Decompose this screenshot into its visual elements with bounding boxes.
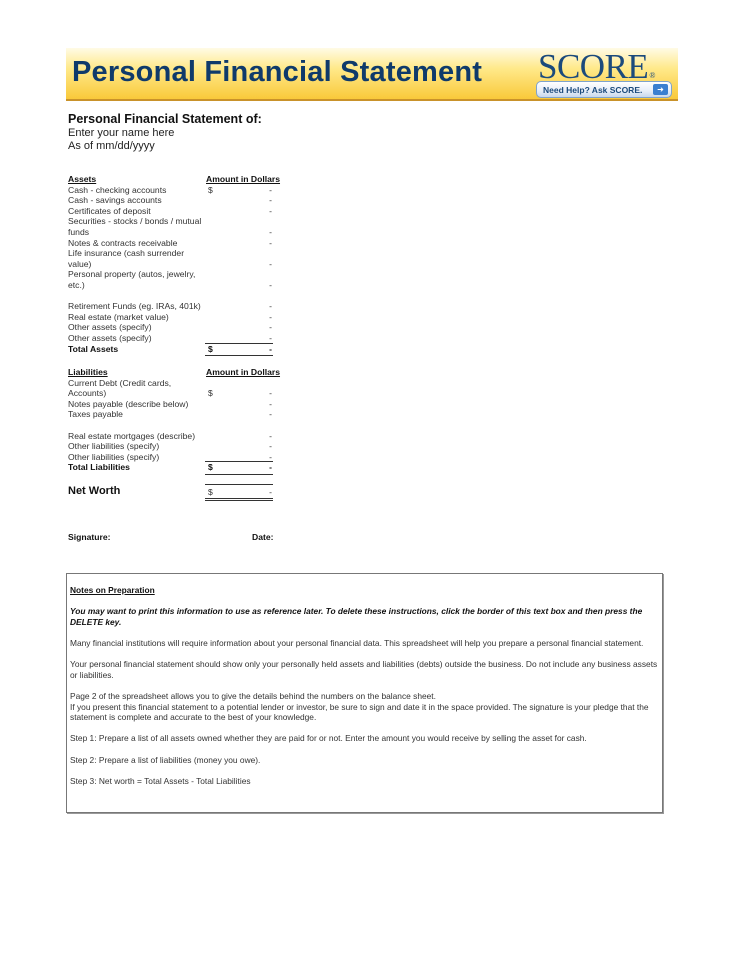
currency-symbol: $ [208,462,213,473]
liability-row[interactable]: Notes payable (describe below) - [68,399,283,410]
notes-paragraph: If you present this financial statement … [70,702,659,723]
total-assets-row: Total Assets $ - [68,344,283,355]
notes-instruction: You may want to print this information t… [70,606,659,627]
asset-label: Securities - stocks / bonds / mutual fun… [68,216,206,237]
total-assets-label: Total Assets [68,344,206,355]
asset-value[interactable]: - [269,227,272,238]
liability-value[interactable]: - [269,431,272,442]
asset-label: Personal property (autos, jewelry, etc.) [68,269,206,290]
asset-label: Cash - checking accounts [68,185,206,196]
notes-text-box[interactable]: Notes on Preparation You may want to pri… [66,573,663,813]
asset-value[interactable]: - [269,259,272,270]
total-assets-value: - [269,344,272,355]
statement-heading: Personal Financial Statement of: [68,112,262,127]
notes-paragraph: Many financial institutions will require… [70,638,659,649]
liability-value[interactable]: - [269,409,272,420]
asset-label: Notes & contracts receivable [68,238,206,249]
asset-row[interactable]: Retirement Funds (eg. IRAs, 401k) - [68,301,283,312]
notes-paragraph: Page 2 of the spreadsheet allows you to … [70,691,659,702]
liability-label: Taxes payable [68,409,206,420]
asset-row[interactable]: Other assets (specify) - [68,322,283,333]
ask-score-help-button[interactable]: Need Help? Ask SCORE. ➜ [536,81,672,98]
total-liabilities-row: Total Liabilities $ - [68,462,283,473]
assets-amount-heading: Amount in Dollars [206,174,280,185]
header-banner: Personal Financial Statement SCORE® Need… [66,48,678,101]
total-liabilities-value: - [269,462,272,473]
currency-symbol: $ [208,487,213,497]
name-field[interactable]: Enter your name here [68,127,262,140]
liability-value[interactable]: - [269,388,272,399]
divider [205,355,273,356]
asset-label: Real estate (market value) [68,312,206,323]
help-button-label: Need Help? Ask SCORE. [543,85,642,95]
notes-step: Step 1: Prepare a list of all assets own… [70,733,659,744]
liability-label: Real estate mortgages (describe) [68,431,206,442]
liability-label: Current Debt (Credit cards, Accounts) [68,378,178,399]
currency-symbol: $ [208,185,213,196]
liability-row[interactable]: Real estate mortgages (describe) - [68,431,283,442]
liability-row[interactable]: Other liabilities (specify) - [68,441,283,452]
liability-row[interactable]: Current Debt (Credit cards, Accounts) $ … [68,378,283,399]
asset-row[interactable]: Certificates of deposit - [68,206,283,217]
asset-label: Cash - savings accounts [68,195,206,206]
net-worth-value: - [269,487,272,497]
total-liabilities-label: Total Liabilities [68,462,206,473]
assets-heading: Assets [68,174,206,185]
asset-value[interactable]: - [269,195,272,206]
registered-mark-icon: ® [649,71,655,80]
liability-row[interactable]: Taxes payable - [68,409,283,420]
asset-value[interactable]: - [269,185,272,196]
as-of-date-field[interactable]: As of mm/dd/yyyy [68,140,262,153]
asset-label: Retirement Funds (eg. IRAs, 401k) [68,301,218,312]
asset-value[interactable]: - [269,312,272,323]
divider [205,461,273,462]
asset-value[interactable]: - [269,301,272,312]
signature-field[interactable]: Signature: [68,532,111,542]
asset-label: Certificates of deposit [68,206,206,217]
divider [205,484,273,485]
liabilities-amount-heading: Amount in Dollars [206,367,280,378]
notes-step: Step 3: Net worth = Total Assets - Total… [70,776,659,787]
currency-symbol: $ [208,388,213,399]
net-worth-label: Net Worth [68,485,120,497]
asset-row[interactable]: Notes & contracts receivable - [68,238,283,249]
asset-row[interactable]: Cash - checking accounts $ - [68,185,283,196]
liability-label: Other liabilities (specify) [68,452,206,463]
asset-value[interactable]: - [269,322,272,333]
asset-label: Life insurance (cash surrender value) [68,248,206,269]
notes-title: Notes on Preparation [70,585,659,596]
asset-row[interactable]: Personal property (autos, jewelry, etc.)… [68,269,283,290]
spacer [68,420,283,431]
asset-label: Other assets (specify) [68,333,206,344]
asset-value[interactable]: - [269,238,272,249]
currency-symbol: $ [208,344,213,355]
asset-value[interactable]: - [269,206,272,217]
liabilities-section: Liabilities Amount in Dollars Current De… [68,367,283,473]
asset-row[interactable]: Cash - savings accounts - [68,195,283,206]
liability-value[interactable]: - [269,441,272,452]
asset-row[interactable]: Real estate (market value) - [68,312,283,323]
spacer [68,291,283,302]
banner-title: Personal Financial Statement [72,56,482,89]
liabilities-heading: Liabilities [68,367,206,378]
arrow-right-icon: ➜ [653,84,668,95]
liability-label: Notes payable (describe below) [68,399,206,410]
liability-label: Other liabilities (specify) [68,441,206,452]
divider [205,343,273,344]
date-field[interactable]: Date: [252,532,274,542]
assets-section: Assets Amount in Dollars Cash - checking… [68,174,283,354]
liability-value[interactable]: - [269,399,272,410]
net-worth-row: Net Worth $ - [68,484,283,504]
notes-step: Step 2: Prepare a list of liabilities (m… [70,755,659,766]
divider [205,474,273,475]
statement-heading-block: Personal Financial Statement of: Enter y… [68,112,262,153]
asset-row[interactable]: Securities - stocks / bonds / mutual fun… [68,216,283,237]
asset-label: Other assets (specify) [68,322,206,333]
asset-value[interactable]: - [269,280,272,291]
notes-paragraph: Your personal financial statement should… [70,659,659,680]
asset-row[interactable]: Life insurance (cash surrender value) - [68,248,283,269]
double-underline [205,498,273,501]
